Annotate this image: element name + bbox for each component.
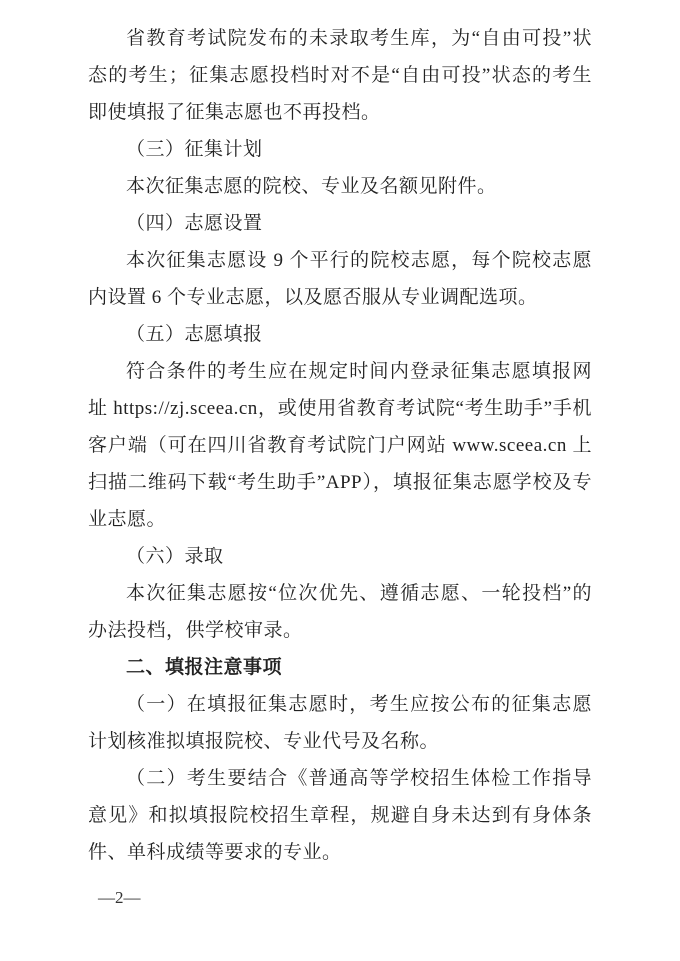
paragraph-note-2-physical-requirements: （二）考生要结合《普通高等学校招生体检工作指导意见》和拟填报院校招生章程，规避自… bbox=[88, 760, 592, 871]
paragraph-free-to-submit-status: 省教育考试院发布的未录取考生库，为“自由可投”状态的考生；征集志愿投档时对不是“… bbox=[88, 20, 592, 131]
heading-part-2-filling-notes: 二、填报注意事项 bbox=[88, 649, 592, 686]
paragraph-admission-method: 本次征集志愿按“位次优先、遵循志愿、一轮投档”的办法投档，供学校审录。 bbox=[88, 575, 592, 649]
heading-section-4-volunteer-setup: （四）志愿设置 bbox=[88, 205, 592, 242]
heading-section-3-recruitment-plan: （三）征集计划 bbox=[88, 131, 592, 168]
paragraph-filling-method-and-urls: 符合条件的考生应在规定时间内登录征集志愿填报网址 https://zj.scee… bbox=[88, 353, 592, 538]
page-number: —2— bbox=[98, 886, 141, 910]
paragraph-volunteer-setup-detail: 本次征集志愿设 9 个平行的院校志愿，每个院校志愿内设置 6 个专业志愿，以及愿… bbox=[88, 242, 592, 316]
paragraph-plan-see-attachment: 本次征集志愿的院校、专业及名额见附件。 bbox=[88, 168, 592, 205]
document-body: 省教育考试院发布的未录取考生库，为“自由可投”状态的考生；征集志愿投档时对不是“… bbox=[88, 20, 592, 871]
heading-section-6-admission: （六）录取 bbox=[88, 538, 592, 575]
document-page: 省教育考试院发布的未录取考生库，为“自由可投”状态的考生；征集志愿投档时对不是“… bbox=[0, 0, 680, 961]
paragraph-note-1-verify-codes: （一）在填报征集志愿时，考生应按公布的征集志愿计划核准拟填报院校、专业代号及名称… bbox=[88, 686, 592, 760]
heading-section-5-volunteer-filling: （五）志愿填报 bbox=[88, 316, 592, 353]
